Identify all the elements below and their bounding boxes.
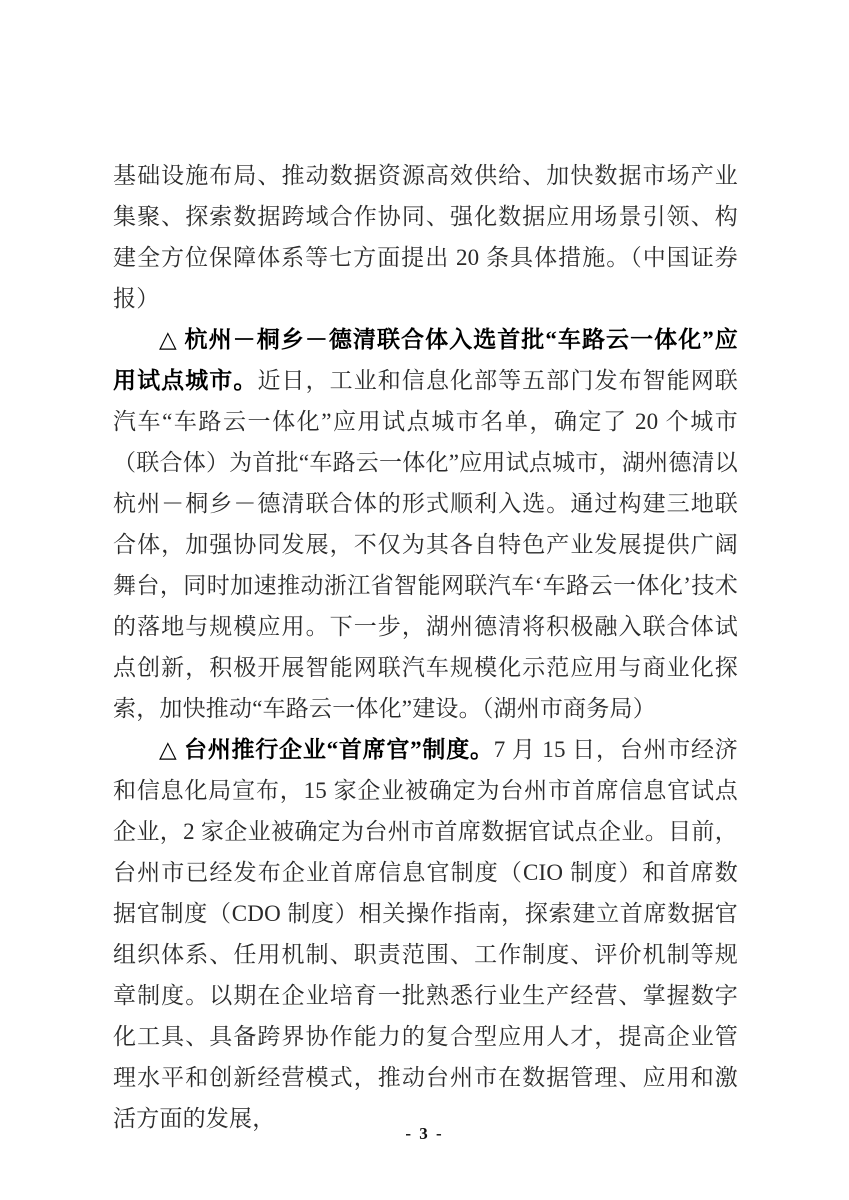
- paragraph-taizhou-chief-officer-system: △ 台州推行企业“首席官”制度。7 月 15 日，台州市经济和信息化局宣布，15…: [113, 729, 738, 1139]
- paragraph-policy-measures: 基础设施布局、推动数据资源高效供给、加快数据市场产业集聚、探索数据跨域合作协同、…: [113, 155, 738, 319]
- paragraph-vehicle-road-cloud-pilot: △ 杭州－桐乡－德清联合体入选首批“车路云一体化”应用试点城市。近日，工业和信息…: [113, 319, 738, 729]
- paragraph-body-text: 基础设施布局、推动数据资源高效供给、加快数据市场产业集聚、探索数据跨域合作协同、…: [113, 163, 738, 311]
- page-number: - 3 -: [0, 1124, 849, 1144]
- paragraph-body-text: 7 月 15 日，台州市经济和信息化局宣布，15 家企业被确定为台州市首席信息官…: [113, 737, 738, 1131]
- paragraph-bold-heading: △ 台州推行企业“首席官”制度。: [159, 737, 494, 762]
- document-page: 基础设施布局、推动数据资源高效供给、加快数据市场产业集聚、探索数据跨域合作协同、…: [0, 0, 849, 1200]
- paragraph-body-text: 近日，工业和信息化部等五部门发布智能网联汽车“车路云一体化”应用试点城市名单，确…: [113, 368, 738, 721]
- page-body: 基础设施布局、推动数据资源高效供给、加快数据市场产业集聚、探索数据跨域合作协同、…: [113, 155, 738, 1139]
